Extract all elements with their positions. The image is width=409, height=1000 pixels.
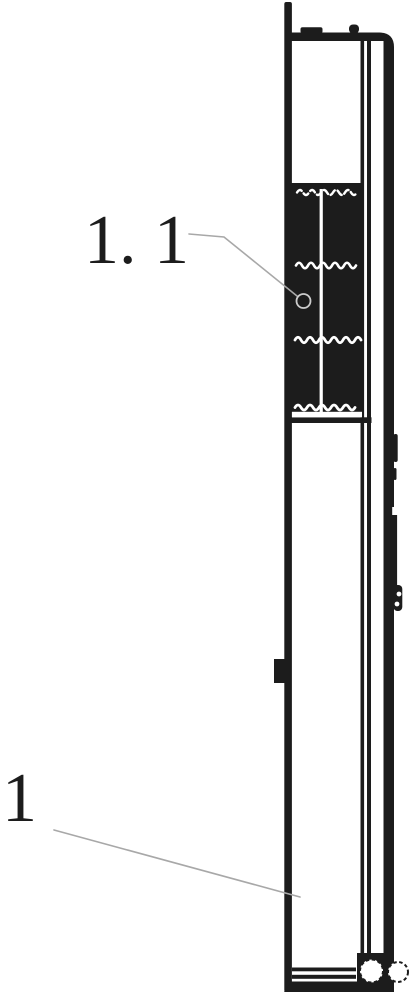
leader-line-part-1 <box>54 830 300 897</box>
insert-bottom-gap <box>292 412 362 418</box>
hatched-insert-bottom-edge <box>291 417 372 423</box>
bottom-inner-line-lower <box>292 975 356 979</box>
right-band-bump-upper <box>394 434 398 462</box>
inner-pane-line-left <box>361 41 365 968</box>
right-band-bump-small <box>394 468 397 480</box>
right-band-hook <box>394 585 403 611</box>
leader-lines <box>54 234 311 897</box>
left-latch-block <box>274 659 286 683</box>
bottom-inner-line-upper <box>292 968 356 972</box>
leader-line-part-1-1 <box>189 234 297 296</box>
figure-canvas: 1. 1 1 <box>0 0 409 1000</box>
right-band-notch <box>392 507 395 515</box>
top-cap-ridge <box>301 27 323 33</box>
inner-pane-line-right <box>367 41 371 968</box>
hatched-insert <box>291 183 363 412</box>
frame-left-rail <box>284 2 292 992</box>
label-part-1: 1 <box>2 760 37 837</box>
corner-roller-left <box>360 960 383 983</box>
hook-hole-lower <box>395 602 400 607</box>
right-band-bump-wide <box>394 515 398 588</box>
top-cap-knob <box>349 25 359 34</box>
ink-shapes <box>274 2 402 992</box>
frame-top-cap-and-right-band <box>290 33 394 993</box>
corner-roller-right <box>388 962 408 982</box>
insert-divider-line <box>320 189 323 412</box>
labels: 1. 1 1 <box>2 202 189 837</box>
label-part-1-1: 1. 1 <box>84 202 189 279</box>
hook-hole-upper <box>397 592 402 597</box>
panel-side-view-drawing: 1. 1 1 <box>0 0 409 1000</box>
